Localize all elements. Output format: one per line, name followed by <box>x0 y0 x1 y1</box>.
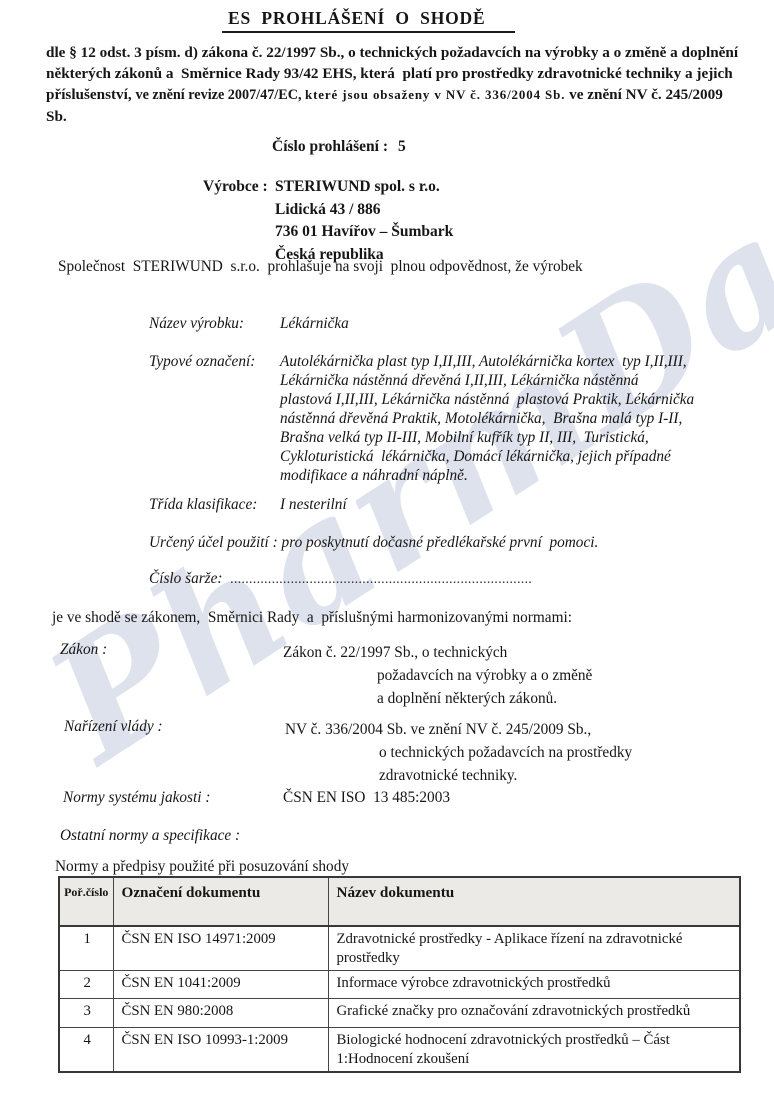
document-title-text: ES PROHLÁŠENÍ O SHODĚ <box>222 8 515 33</box>
manufacturer-details: STERIWUND spol. s r.o. Lidická 43 / 886 … <box>275 176 453 266</box>
conformity-standards-table: Poř.číslo Označení dokumentu Název dokum… <box>58 876 741 1073</box>
header-document-name: Název dokumentu <box>328 877 740 926</box>
type-designation-label: Typové označení: <box>149 352 280 485</box>
table-caption: Normy a předpisy použité při posuzování … <box>55 858 349 876</box>
type-designation-row: Typové označení: Autolékárnička plast ty… <box>149 352 694 485</box>
table-row: 3 ČSN EN 980:2008 Grafické značky pro oz… <box>59 999 740 1028</box>
classification-row: Třída klasifikace: I nesterilní <box>149 495 347 514</box>
quality-system-norms-label: Normy systému jakosti : <box>63 789 210 807</box>
header-serial-number: Poř.číslo <box>59 877 113 926</box>
declaration-number-label: Číslo prohlášení : <box>272 138 388 155</box>
type-designation-value: Autolékárnička plast typ I,II,III, Autol… <box>280 352 694 485</box>
document-title: ES PROHLÁŠENÍ O SHODĚ <box>228 8 515 33</box>
table-cell-serial: 3 <box>59 999 113 1028</box>
type-line: modifikace a náhradní náplně. <box>280 466 694 485</box>
type-line: nástěnná dřevěná Praktik, Motolékárnička… <box>280 409 694 428</box>
table-cell-name: Grafické značky pro označování zdravotni… <box>328 999 740 1028</box>
type-line: Brašna velká typ II-III, Mobilní kufřík … <box>280 428 694 447</box>
law-line: a doplnění některých zákonů. <box>377 687 592 710</box>
intended-purpose-label: Určený účel použití : <box>149 534 282 551</box>
other-norms-label: Ostatní normy a specifikace : <box>60 827 240 845</box>
table-row: 1 ČSN EN ISO 14971:2009 Zdravotnické pro… <box>59 926 740 971</box>
type-line: Cykloturistická lékárnička, Domácí lékár… <box>280 447 694 466</box>
table-cell-designation: ČSN EN ISO 14971:2009 <box>113 926 328 971</box>
table-cell-name: Biologické hodnocení zdravotnických pros… <box>328 1028 740 1073</box>
classification-label: Třída klasifikace: <box>149 495 280 514</box>
batch-number-label: Číslo šarže: <box>149 570 230 587</box>
regulation-line: zdravotnické techniky. <box>379 764 632 787</box>
table-row: 2 ČSN EN 1041:2009 Informace výrobce zdr… <box>59 971 740 999</box>
manufacturer-address-line: 736 01 Havířov – Šumbark <box>275 221 453 244</box>
batch-number-row: Číslo šarže: ...........................… <box>149 570 532 588</box>
quality-system-norms-value: ČSN EN ISO 13 485:2003 <box>283 789 450 807</box>
declaration-number-value: 5 <box>388 138 406 155</box>
type-line: Lékárnička nástěnná dřevěná I,II,III, Lé… <box>280 371 694 390</box>
law-label: Zákon : <box>60 641 107 659</box>
table-cell-designation: ČSN EN 980:2008 <box>113 999 328 1028</box>
document-page: PharmData s.r.o. ES PROHLÁŠENÍ O SHODĚ d… <box>0 0 774 1100</box>
manufacturer-label: Výrobce : <box>203 176 275 266</box>
type-line: Autolékárnička plast typ I,II,III, Autol… <box>280 352 694 371</box>
type-line: plastová I,II,III, Lékárnička nástěnná p… <box>280 390 694 409</box>
table-cell-designation: ČSN EN ISO 10993-1:2009 <box>113 1028 328 1073</box>
intro-nv-segment: které jsou obsaženy v NV č. 336/2004 Sb. <box>305 88 565 102</box>
regulation-line: NV č. 336/2004 Sb. ve znění NV č. 245/20… <box>285 718 632 741</box>
manufacturer-address-line: Lidická 43 / 886 <box>275 199 453 222</box>
table-cell-serial: 2 <box>59 971 113 999</box>
regulation-line: o technických požadavcích na prostředky <box>379 741 632 764</box>
table-row: 4 ČSN EN ISO 10993-1:2009 Biologické hod… <box>59 1028 740 1073</box>
table-cell-serial: 4 <box>59 1028 113 1073</box>
table-cell-serial: 1 <box>59 926 113 971</box>
declaration-number-row: Číslo prohlášení :5 <box>272 138 406 156</box>
product-name-label: Název výrobku: <box>149 314 280 333</box>
batch-number-blank: ........................................… <box>230 571 532 586</box>
manufacturer-name: STERIWUND spol. s r.o. <box>275 176 453 199</box>
intended-purpose-value: pro poskytnutí dočasné předlékařské prvn… <box>282 534 599 551</box>
responsibility-statement: Společnost STERIWUND s.r.o. prohlašuje n… <box>58 258 583 276</box>
law-line: Zákon č. 22/1997 Sb., o technických <box>283 641 592 664</box>
table-cell-designation: ČSN EN 1041:2009 <box>113 971 328 999</box>
intro-revision-segment: ve znění revize 2007/47/EC, <box>135 87 305 103</box>
intro-line: dle § 12 odst. 3 písm. d) zákona č. 22/1… <box>46 44 678 61</box>
law-line: požadavcích na výrobky a o změně <box>377 664 592 687</box>
table-cell-name: Zdravotnické prostředky - Aplikace řízen… <box>328 926 740 971</box>
classification-value: I nesterilní <box>280 495 347 514</box>
intended-purpose-row: Určený účel použití : pro poskytnutí doč… <box>149 534 598 552</box>
table-cell-name: Informace výrobce zdravotnických prostře… <box>328 971 740 999</box>
government-regulation-value: NV č. 336/2004 Sb. ve znění NV č. 245/20… <box>285 718 632 787</box>
law-value: Zákon č. 22/1997 Sb., o technických poža… <box>283 641 592 710</box>
product-name-row: Název výrobku: Lékárnička <box>149 314 349 333</box>
intro-paragraph: dle § 12 odst. 3 písm. d) zákona č. 22/1… <box>46 42 746 127</box>
manufacturer-block: Výrobce : STERIWUND spol. s r.o. Lidická… <box>203 176 453 266</box>
product-name-value: Lékárnička <box>280 314 349 333</box>
table-header-row: Poř.číslo Označení dokumentu Název dokum… <box>59 877 740 926</box>
conformity-statement: je ve shodě se zákonem, Směrnici Rady a … <box>52 609 572 627</box>
header-document-designation: Označení dokumentu <box>113 877 328 926</box>
government-regulation-label: Nařízení vlády : <box>64 718 163 736</box>
